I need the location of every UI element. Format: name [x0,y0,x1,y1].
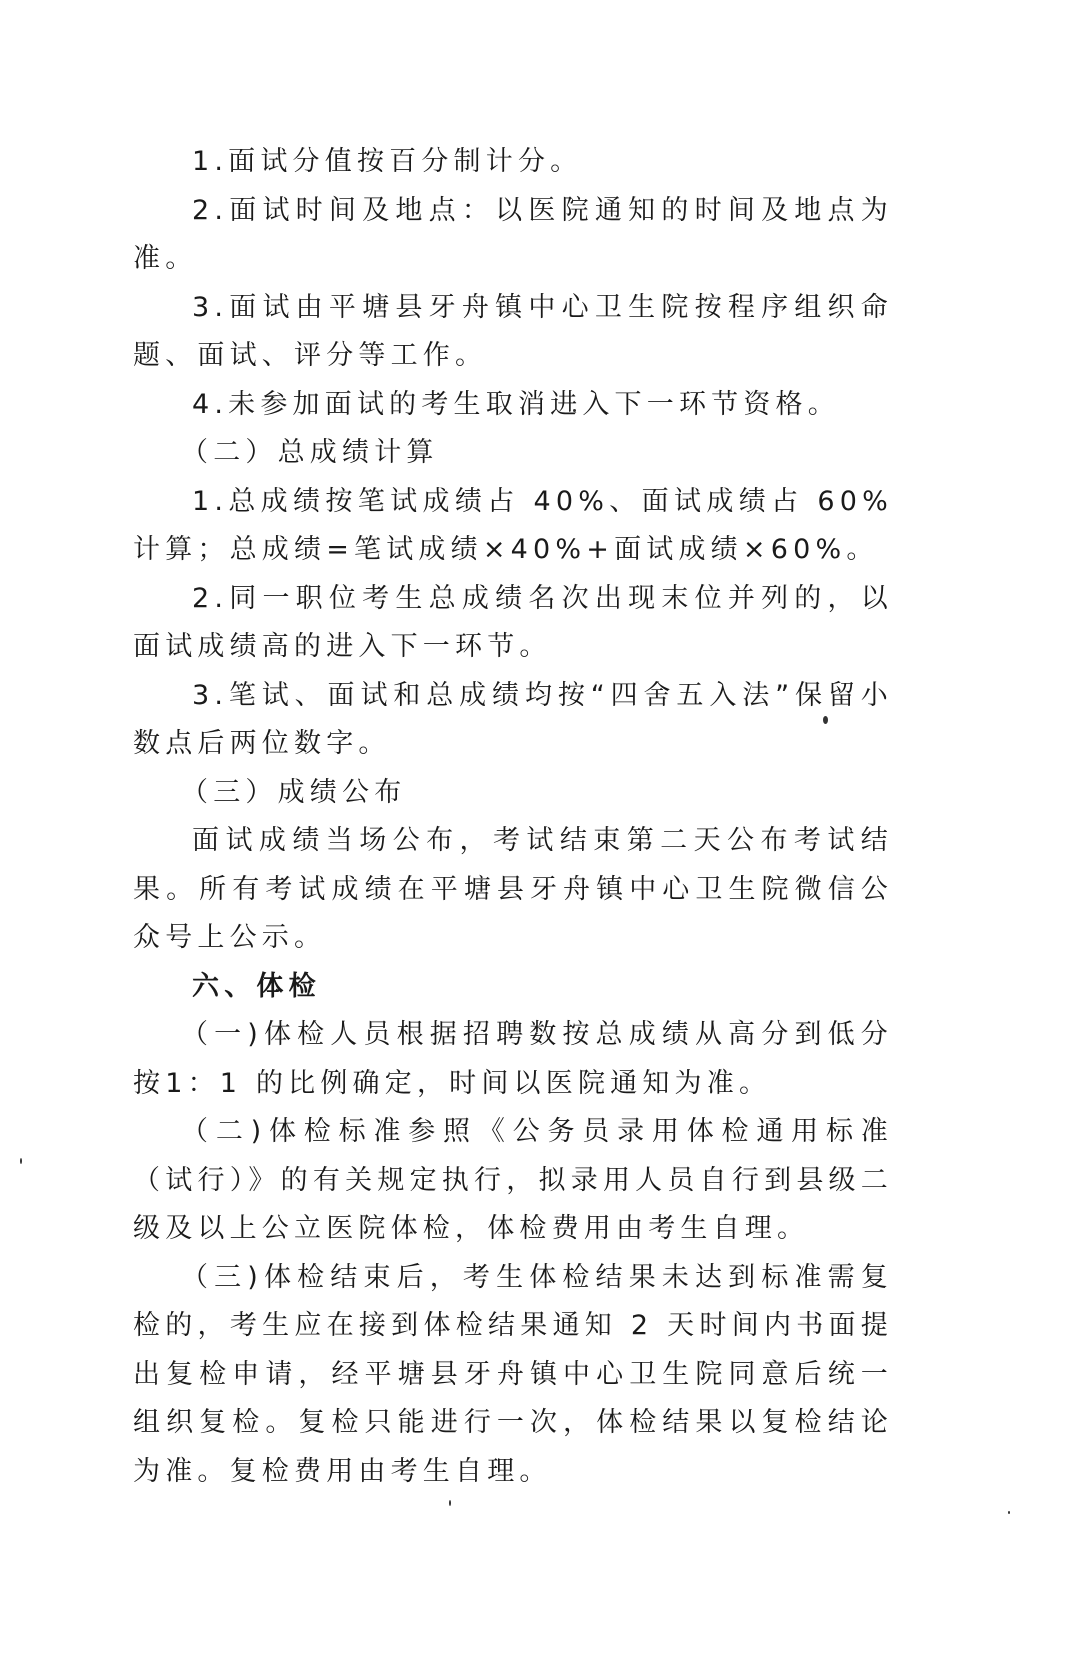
paragraph-interview-absence: 4.未参加面试的考生取消进入下一环节资格。 [133,381,893,430]
paragraph-exam-selection: （一)体检人员根据招聘数按总成绩从高分到低分按1：1 的比例确定，时间以医院通知… [133,1011,893,1108]
scan-speck [449,1500,451,1506]
scan-speck [823,716,828,724]
scan-speck [1008,1511,1010,1514]
paragraph-rounding: 3.笔试、面试和总成绩均按“四舍五入法”保留小数点后两位数字。 [133,672,893,769]
paragraph-tie-break: 2.同一职位考生总成绩名次出现末位并列的，以面试成绩高的进入下一环节。 [133,575,893,672]
scan-speck [538,412,540,414]
paragraph-interview-organizer: 3.面试由平塘县牙舟镇中心卫生院按程序组织命题、面试、评分等工作。 [133,284,893,381]
scan-speck [573,409,576,412]
paragraph-exam-standard: （二)体检标准参照《公务员录用体检通用标准（试行）》的有关规定执行，拟录用人员自… [133,1108,893,1254]
paragraph-interview-score: 1.面试分值按百分制计分。 [133,138,893,187]
paragraph-total-formula: 1.总成绩按笔试成绩占 40%、面试成绩占 60%计算；总成绩=笔试成绩×40%… [133,478,893,575]
section-heading-total-score: （二）总成绩计算 [133,429,893,478]
chapter-heading-physical-exam: 六、体检 [133,963,893,1012]
scan-speck [20,1158,22,1164]
paragraph-exam-recheck: （三)体检结束后，考生体检结果未达到标准需复检的，考生应在接到体检结果通知 2 … [133,1254,893,1497]
paragraph-publish-results: 面试成绩当场公布，考试结束第二天公布考试结果。所有考试成绩在平塘县牙舟镇中心卫生… [133,817,893,963]
document-page: 1.面试分值按百分制计分。 2.面试时间及地点：以医院通知的时间及地点为准。 3… [133,138,893,1496]
paragraph-interview-time-place: 2.面试时间及地点：以医院通知的时间及地点为准。 [133,187,893,284]
section-heading-publish: （三）成绩公布 [133,769,893,818]
